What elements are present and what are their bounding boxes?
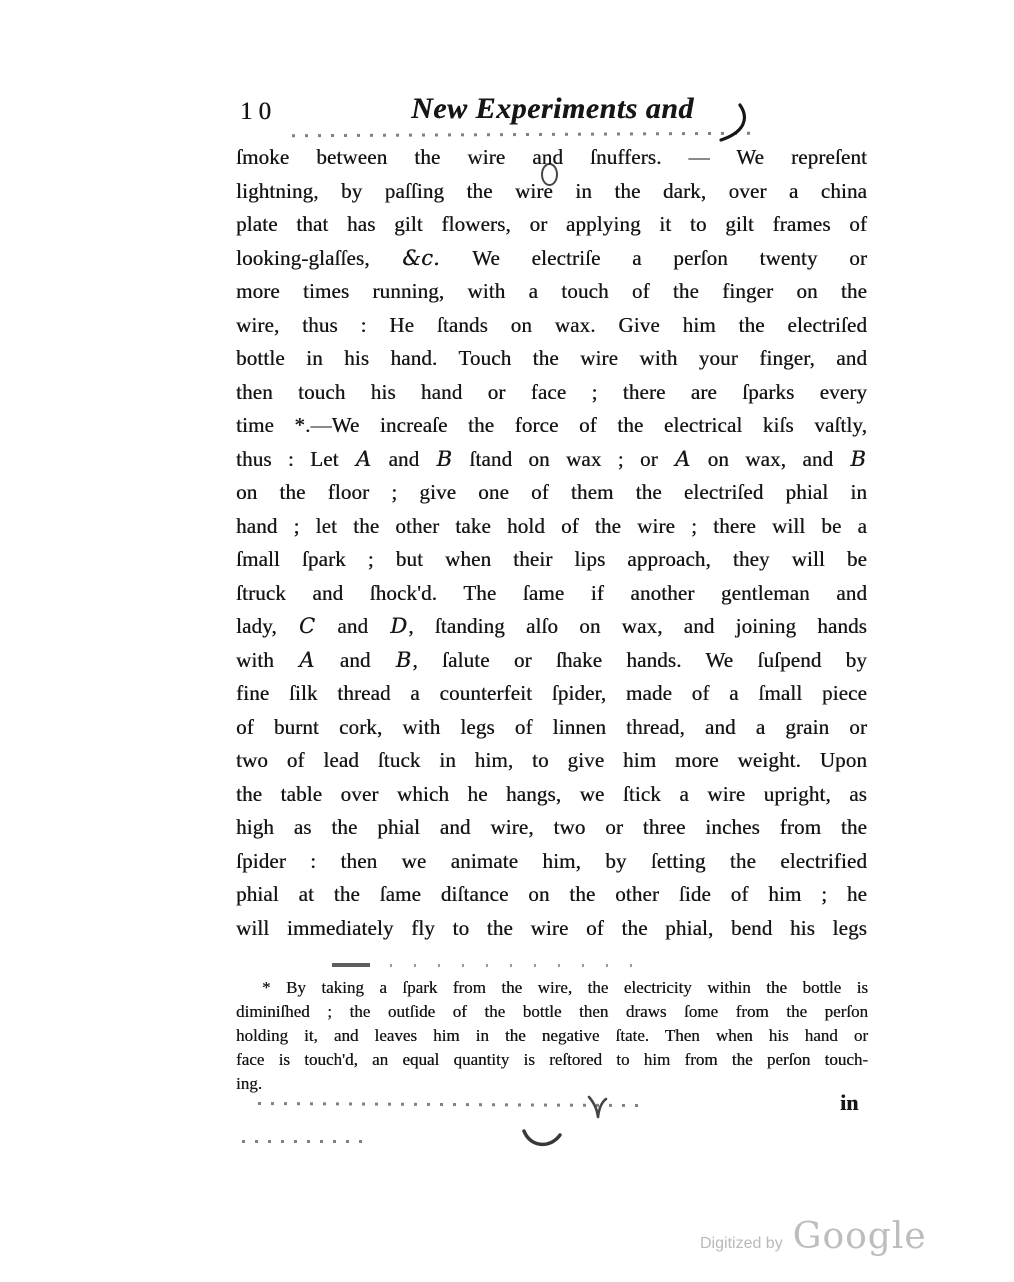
body-text-line: bottle in his hand. Touch the wire with … <box>236 342 867 376</box>
footnote-line: face is touch'd, an equal quantity is re… <box>236 1048 868 1072</box>
running-title: New Experiments and <box>330 92 775 126</box>
google-logo: Google <box>793 1216 927 1257</box>
body-text-line: high as the phial and wire, two or three… <box>236 811 867 845</box>
scan-artifact-bottom-left-dots <box>242 1140 362 1143</box>
footnote-block: * By taking a ſpark from the wire, the e… <box>236 976 868 1096</box>
body-text-line: time *.—We increaſe the force of the ele… <box>236 409 867 443</box>
scanned-book-page: 10 New Experiments and ſmoke between the… <box>0 0 1014 1282</box>
body-text-line: wire, thus : He ſtands on wax. Give him … <box>236 309 867 343</box>
body-text-line: of burnt cork, with legs of linnen threa… <box>236 711 867 745</box>
scan-artifact-dash-dots <box>390 964 650 967</box>
body-text-line: ſpider : then we animate him, by ſetting… <box>236 845 867 879</box>
body-text-line: lightning, by paſſing the wire in the da… <box>236 175 867 209</box>
scan-artifact-header-dots <box>292 132 752 137</box>
scan-artifact-bottom-dots <box>258 1102 638 1107</box>
body-text-line: looking-glaſſes, &c. We electriſe a perſ… <box>236 242 867 276</box>
body-text-line: with A and B, ſalute or ſhake hands. We … <box>236 644 867 678</box>
body-text-line: plate that has gilt flowers, or applying… <box>236 208 867 242</box>
scan-artifact-smile-curve <box>520 1125 564 1151</box>
footnote-line: holding it, and leaves him in the negati… <box>236 1024 868 1048</box>
footnote-line: ing. <box>236 1072 868 1096</box>
body-text-line: phial at the ſame diſtance on the other … <box>236 878 867 912</box>
body-text-line: ſmall ſpark ; but when their lips approa… <box>236 543 867 577</box>
body-text-line: hand ; let the other take hold of the wi… <box>236 510 867 544</box>
scan-artifact-tick <box>586 1094 608 1120</box>
body-text-line: on the floor ; give one of them the elec… <box>236 476 867 510</box>
body-text-line: the table over which he hangs, we ſtick … <box>236 778 867 812</box>
body-text-line: ſmoke between the wire and ſnuffers. — W… <box>236 141 867 175</box>
page-number: 10 <box>240 98 277 126</box>
body-text-line: will immediately fly to the wire of the … <box>236 912 867 946</box>
digitized-by-label: Digitized by <box>700 1235 783 1253</box>
body-text-line: more times running, with a touch of the … <box>236 275 867 309</box>
digitization-watermark: Digitized by Google <box>700 1216 927 1257</box>
footnote-line: * By taking a ſpark from the wire, the e… <box>236 976 868 1000</box>
body-text-line: two of lead ſtuck in him, to give him mo… <box>236 744 867 778</box>
footnote-line: diminiſhed ; the outſide of the bottle t… <box>236 1000 868 1024</box>
body-text-block: ſmoke between the wire and ſnuffers. — W… <box>236 141 867 945</box>
body-text-line: ſtruck and ſhock'd. The ſame if another … <box>236 577 867 611</box>
body-text-line: thus : Let A and B ſtand on wax ; or A o… <box>236 443 867 477</box>
body-text-line: lady, C and D, ſtanding alſo on wax, and… <box>236 610 867 644</box>
body-text-line: fine ſilk thread a counterfeit ſpider, m… <box>236 677 867 711</box>
body-text-line: then touch his hand or face ; there are … <box>236 376 867 410</box>
scan-artifact-dash <box>332 963 370 967</box>
catchword: in <box>840 1090 858 1116</box>
